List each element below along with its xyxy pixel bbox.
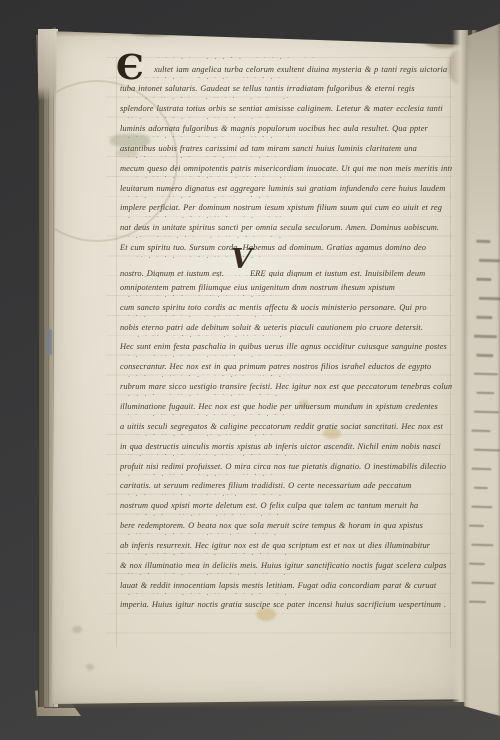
facing-page-text-line xyxy=(476,316,492,319)
line-text: nostrum quod xpisti morte deletum est. O… xyxy=(120,501,452,511)
facing-page-text-line xyxy=(471,467,491,470)
neume-row: · · · ʼ ˊ ′ ′′ · ′ ˊ ″ ′ · ′′ ˊ ʼ ′ · ˊ xyxy=(128,394,289,400)
facing-page-text-line xyxy=(469,524,484,527)
facing-page-text-line xyxy=(476,240,490,243)
manuscript-line: ˊ ′ · ′′ ʼ · ˊ ′ ″ ·′ ′ ˊ · ′′ ʼ ′ ˊ ·le… xyxy=(120,176,452,197)
photo-background: ′ ′ ′ · ′ ˊ · · · ʼ · ˊ ′ ′ ′ · ′ ˊ ′ ′x… xyxy=(0,0,500,740)
line-text: mecum queso dei omnipotentis patris mise… xyxy=(120,164,452,174)
neume-row: ′ ˊ · ′ ′′ · ʼ ′ ˊ · ′′ ′ ʼ ˊ · ′ ′ ˊ ·′ xyxy=(128,97,291,103)
facing-page-text-line xyxy=(471,429,490,432)
neume-row: · ˊ ′′ ′ ʼ ˊ · ″ ′ · ′′ ʼ ˊ ′ · ˊ ′ ′′ xyxy=(128,216,283,222)
line-text: ab inferis resurrexit. Hec igitur nox es… xyxy=(120,541,452,551)
line-text: Hec sunt enim festa paschalia in quibus … xyxy=(120,342,452,352)
manuscript-line: · · · ʼ ˊ ′ ′′ · ′ ˊ ″ ′ · ′′ ˊ ʼ ′ · ˊi… xyxy=(120,394,452,415)
manuscript-line: ′ ˊ · ″ ′ ·′ ′′ ʼ ˊ ′ · ˊ ′′ ′ ʼ ·omnipo… xyxy=(120,275,452,296)
dirt-smudge xyxy=(302,30,336,36)
manuscript-line: ′ ′ ′ · ′ ˊ · · · ʼ · ˊ ′ ′ ′ · ′ ˊ ′ ′x… xyxy=(120,57,452,78)
neume-row: · ˊ ′ ʼ · ′′ ″ ˊ ′ · ·′ ′ ˊ ′′ ʼ · ′ ˊ xyxy=(128,474,284,480)
line-text: imperia. Huius igitur noctis gratia susc… xyxy=(120,600,452,610)
neume-row: ′ ·′ ˊ ″ ′′ · ʼ ′ ˊ · ′ ′′ · ʼ ′ ˊ ″ · xyxy=(128,236,283,242)
line-text: luminis adornata fulgoribus & magnis pop… xyxy=(120,124,452,134)
manuscript-line: · ′′ ˊ ′ · ʼ ″ ˊ ′ ′′ · ′ ˊ ʼ · ′′ ′ ˊcu… xyxy=(120,295,452,316)
facing-page-text-line xyxy=(469,600,486,603)
facing-page xyxy=(462,18,500,716)
manuscript-line: ˊ ′ · ″ ′′ · ʼ ′ ˊ ·′ · ′′ ′ ˊ · ʼ ′ ˊin… xyxy=(120,434,452,455)
manuscript-line: ′ ″ · ˊ ′ ′′ · ʼ ˊ ′ · ′ ′′ ˊ ʼ · ′ ˊ ′i… xyxy=(120,196,452,217)
line-text: tuba intonet salutaris. Gaudeat se tellu… xyxy=(120,84,452,94)
line-text: bere redemptorem. O beata nox que sola m… xyxy=(120,521,452,531)
line-text: xultet iam angelica turba celorum exulte… xyxy=(120,65,452,75)
top-edge-dirt xyxy=(50,28,468,37)
facing-page-text-line xyxy=(474,449,500,452)
facing-page-text-line xyxy=(471,543,493,546)
line-text: in qua destructis uinculis mortis xpistu… xyxy=(120,442,452,452)
line-text: illuminatione fugauit. Hec nox est que h… xyxy=(120,402,452,412)
line-text: nobis eterno patri ade debitum soluit & … xyxy=(120,323,452,333)
margin-rule-left xyxy=(116,57,117,647)
facing-page-text-line xyxy=(479,259,500,262)
neume-row: ˊ · ′ ′′ ˊ ′ ʼ · ″ ′ ˊ ·′ · ′′ ′ ʼ ˊ · xyxy=(128,335,284,341)
neume-row: ′ ʼ · ˊ ′′ ″ ′ · ˊ ′ ·′ ′′ ʼ ˊ · ′ ″ xyxy=(128,315,275,321)
line-text: rubrum mare sicco uestigio transire feci… xyxy=(120,382,452,392)
line-text: & nox illuminatio mea in deliciis meis. … xyxy=(120,561,452,571)
neume-row: ′′ · ˊ ′ ʼ · ″ ˊ ′ ′ · ′′ ˊ · ʼ ′ ˊ ″ · xyxy=(128,454,289,460)
manuscript-line: ′ · ˊ ʼ ′′ · ′ ″ ˊ · ′ ′′ ʼ ˊ · ′ ˊ ′′co… xyxy=(120,355,452,376)
facing-page-text-line xyxy=(471,505,492,508)
neume-row: ′′ · ˊ ′ ʼ ″ · ′ ˊ · ′′ ′ ʼ ˊ · ′ ′ ˊ xyxy=(128,117,280,123)
line-text: astantibus uobis fratres carissimi ad ta… xyxy=(120,144,452,154)
facing-page-text-line xyxy=(474,487,488,490)
neume-row: · ′ ˊ ′′ ʼ ˊ · ″ ′ · ′′ ˊ ʼ ′ · ″ ˊ ′ · xyxy=(128,593,289,599)
line-text: profuit nisi redimi profuisset. O mira c… xyxy=(120,462,452,472)
text-block: ′ ′ ′ · ′ ˊ · · · ʼ · ˊ ′ ′ ′ · ′ ˊ ′ ′x… xyxy=(120,28,454,648)
facing-page-text-line xyxy=(479,297,500,300)
neume-row: · ′′ ′ ˊ · ʼ ′ ″ ˊ ·′ ′′ · ′ ˊ ʼ ′′ · ˊ xyxy=(128,533,287,539)
manuscript-line: ′ ′ ˊ · ′′ ʼ ′ ˊ ″ · ′ ′′ · ˊ ′ ʼ · ″ ′a… xyxy=(120,414,452,435)
manuscript-line: ′ · ʼ ˊ ′′ ′ · ″ ˊ ′ ʼ · ′′ ˊ ′ · ʼ ′ ˊm… xyxy=(120,156,452,177)
manuscript-line: ˊ ′ ʼ · ″ ˊ ′′ · ′ ˊ · ′ ″ ′′ ˊ · ′ ʼ ˊb… xyxy=(120,514,452,535)
fore-edge-blue-mark xyxy=(46,329,52,355)
facing-page-text-line xyxy=(469,562,485,565)
line-text: caritatis. ut seruum redimeres filium tr… xyxy=(120,481,452,491)
line-text: lauat & reddit innocentiam lapsis mestis… xyxy=(120,581,452,591)
line-text: splendore lustrata totius orbis se senti… xyxy=(120,104,452,114)
manuscript-line: · ′ ˊ ′′ ʼ ˊ · ″ ′ · ′′ ˊ ʼ ′ · ″ ˊ ′ ·i… xyxy=(120,593,452,614)
manuscript-line: · ˊ ′ ʼ · ′′ ″ ˊ ′ · ·′ ′ ˊ ′′ ʼ · ′ ˊca… xyxy=(120,474,452,495)
dirt-smudge xyxy=(215,28,285,34)
neume-row: · ′ ˊ ′′ · ʼ ′ ˊ ″ ′ · ′ ˊ ·′ ′′ ʼ · ˊ ′ xyxy=(128,136,292,142)
manuscript-line: ′′ · ˊ ′ ʼ · ″ ˊ ′ ′ · ′′ ˊ · ʼ ′ ˊ ″ ·p… xyxy=(120,454,452,475)
neume-row: ˊ ′ · ″ ′′ · ʼ ′ ˊ ·′ · ′′ ′ ˊ · ʼ ′ ˊ xyxy=(128,434,284,440)
manuscript-line: ˊ ′′ · ′ ʼ · ˊ ′ ″ · ′′ ′ ˊ ʼ · ′ ˊnostr… xyxy=(120,256,452,277)
neume-row: ′ ′ ˊ · ′′ ʼ ′ ˊ ″ · ′ ′′ · ˊ ′ ʼ · ″ ′ xyxy=(128,414,287,420)
manuscript-line: ′ ˊ · ′ ′′ · ʼ ′ ˊ · ′′ ′ ʼ ˊ · ′ ′ ˊ ·′… xyxy=(120,97,452,118)
neume-row: ′ · ″ ˊ ′′ ′ ʼ · ˊ ″ ′ ·′ · ˊ ′′ ʼ ′ · xyxy=(128,494,283,500)
line-text: Et cum spiritu tuo. Sursum corda. Habemu… xyxy=(120,243,452,253)
neume-row: ′ ˊ · ″ ′ ·′ ′′ ʼ ˊ ′ · ˊ ′′ ′ ʼ · xyxy=(128,275,266,281)
endband-fold xyxy=(38,29,58,101)
line-text: a uitiis seculi segregatos & caligine pe… xyxy=(120,422,452,432)
facing-page-text-line xyxy=(474,373,498,376)
neume-row: ′ ′ ′ · ′ ˊ · · · ʼ · ˊ ′ ′ ′ · ′ ˊ ′ ′ xyxy=(128,57,316,63)
neume-row: ˊ ′ · ′′ ʼ · ˊ ′ ″ ·′ ′ ˊ · ′′ ʼ ′ ˊ · xyxy=(128,176,284,182)
line-text: implere perficiat. Per dominum nostrum i… xyxy=(120,203,452,213)
wear-spot xyxy=(86,664,94,670)
neume-row: ′′ · ʼ ˊ ′ ″ · ′ ˊ ·′ ′′ ʼ · ˊ ′ ′′ ˊ · xyxy=(128,573,287,579)
manuscript-line: ˊ · ′ ′′ ˊ ′ ʼ · ″ ′ ˊ ·′ · ′′ ′ ʼ ˊ ·He… xyxy=(120,335,452,356)
facing-page-text-line xyxy=(476,392,494,395)
manuscript-line: ′′ · ʼ ˊ ′ ″ · ′ ˊ ·′ ′′ ʼ · ˊ ′ ′′ ˊ ·l… xyxy=(120,573,452,594)
manuscript-line: · ˊ ′ ′′ ʼ · ′ ˊ ″ · ′ ·′ ˊ ′′ ′ ʼ · ′ ˊ… xyxy=(120,77,452,98)
neume-row: ′ · ʼ ˊ ′′ ′ · ″ ˊ ′ ʼ · ′′ ˊ ′ · ʼ ′ ˊ xyxy=(128,156,288,162)
illuminated-initial-E: Є xyxy=(116,52,144,84)
manuscript-page: ′ ′ ′ · ′ ˊ · · · ʼ · ˊ ′ ′ ′ · ′ ˊ ′ ′x… xyxy=(50,28,468,706)
manuscript-line: · ′ ˊ ′′ · ʼ ′ ˊ ″ ′ · ′ ˊ ·′ ′′ ʼ · ˊ ′… xyxy=(120,136,452,157)
wear-spot xyxy=(72,626,82,633)
manuscript-line: · ˊ ′′ ′ ʼ ˊ · ″ ′ · ′′ ʼ ˊ ′ · ˊ ′ ′′na… xyxy=(120,216,452,237)
neume-row: ′ · ˊ ʼ ′′ · ′ ″ ˊ · ′ ′′ ʼ ˊ · ′ ˊ ′′ xyxy=(128,355,283,361)
illuminated-initial-V: V xyxy=(231,247,252,273)
line-text: consecrantur. Hec nox est in qua primum … xyxy=(120,362,452,372)
facing-page-text-line xyxy=(476,354,493,357)
facing-page-text-line xyxy=(476,278,491,281)
manuscript-line: ′ ˊ · ′′ ″ · ʼ ′ ˊ ′ · ˊ ′′ ″ · ʼ ′ ˊ ·&… xyxy=(120,553,452,574)
manuscript-line: · ′′ ′ ˊ · ʼ ′ ″ ˊ ·′ ′′ · ′ ˊ ʼ ′′ · ˊa… xyxy=(120,533,452,554)
line-text: leuitarum numero dignatus est aggregare … xyxy=(120,184,452,194)
manuscript-line: ′ ʼ · ˊ ′′ ″ ′ · ˊ ′ ·′ ′′ ʼ ˊ · ′ ″nobi… xyxy=(120,315,452,336)
manuscript-line: ′ · ″ ˊ ′′ ′ ʼ · ˊ ″ ′ ·′ · ˊ ′′ ʼ ′ ·no… xyxy=(120,494,452,515)
facing-page-text-rows xyxy=(466,240,500,651)
facing-page-text-line xyxy=(471,581,494,584)
neume-row: ˊ ′ ʼ · ″ ˊ ′′ · ′ ˊ · ′ ″ ′′ ˊ · ′ ʼ ˊ xyxy=(128,514,290,520)
line-text: omnipotentem patrem filiumque eius unige… xyxy=(120,283,452,293)
manuscript-line: ′ ·′ ˊ ″ ′′ · ʼ ′ ˊ · ′ ′′ · ʼ ′ ˊ ″ ·Et… xyxy=(120,236,452,257)
manuscript-line: · ′ ″ ˊ · ′′ ′ ʼ · ˊ ′ ″ ·′ ′ ˊ ′′ ʼ ·ru… xyxy=(120,375,452,396)
facing-page-text-line xyxy=(474,335,497,338)
neume-row: · ˊ ′ ′′ ʼ · ′ ˊ ″ · ′ ·′ ˊ ′′ ′ ʼ · ′ ˊ… xyxy=(128,77,299,83)
neume-row: · ′ ″ ˊ · ′′ ′ ʼ · ˊ ′ ″ ·′ ′ ˊ ′′ ʼ · xyxy=(128,375,283,381)
neume-row: · ′′ ˊ ′ · ʼ ″ ˊ ′ ′′ · ′ ˊ ʼ · ′′ ′ ˊ xyxy=(128,295,283,301)
manuscript-line: ′′ · ˊ ′ ʼ ″ · ′ ˊ · ′′ ′ ʼ ˊ · ′ ′ ˊlum… xyxy=(120,117,452,138)
line-text: cum sancto spiritu toto cordis ac mentis… xyxy=(120,303,452,313)
facing-page-text-line xyxy=(474,411,499,414)
neume-row: ′ ˊ · ′′ ″ · ʼ ′ ˊ ′ · ˊ ′′ ″ · ʼ ′ ˊ · xyxy=(128,553,289,559)
line-text: nat deus in unitate spiritus sancti per … xyxy=(120,223,452,233)
neume-row: ′ ″ · ˊ ′ ′′ · ʼ ˊ ′ · ′ ′′ ˊ ʼ · ′ ˊ ′ xyxy=(128,196,287,202)
